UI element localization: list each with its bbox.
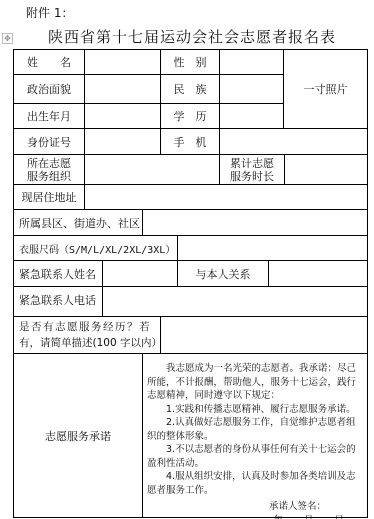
id-label: 身份证号 [13, 128, 85, 155]
education-field[interactable] [219, 103, 284, 129]
hours-label: 累计志愿 服务时长 [219, 154, 285, 185]
experience-label: 是否有志愿服务经历？若 有，请简单描述(100 字以内） [13, 316, 161, 354]
commitment-rule-3: 3.不以志愿者的身份从事任何有关十七运会的盈利性活动。 [147, 443, 364, 470]
commitment-rule-4: 4.服从组织安排，认真及时参加各类培训及志愿者服务工作。 [147, 470, 364, 497]
emergency-name-label: 紧急联系人姓名 [13, 260, 103, 287]
district-label: 所属县区、街道办、社区 [13, 209, 143, 236]
emergency-phone-field[interactable] [102, 286, 368, 317]
size-label: 衣服尺码（S/M/L/XL/2XL/3XL） [13, 235, 178, 261]
ethnicity-label: 民 族 [160, 74, 220, 104]
org-field[interactable] [84, 154, 220, 185]
emergency-name-field[interactable] [102, 260, 178, 287]
gender-label: 性 别 [160, 49, 220, 75]
page-title: 陕西省第十七届运动会社会志愿者报名表 [0, 26, 374, 47]
gender-field[interactable] [219, 49, 284, 75]
address-field[interactable] [84, 184, 368, 210]
relation-label: 与本人关系 [177, 260, 269, 287]
district-field[interactable] [142, 209, 368, 236]
phone-label: 手 机 [160, 128, 220, 155]
commitment-text: 我志愿成为一名光荣的志愿者。我承诺：尽己所能，不计报酬，帮助他人，服务十七运会，… [142, 353, 368, 518]
ethnicity-field[interactable] [219, 74, 284, 104]
size-field[interactable] [177, 235, 368, 261]
hours-label-line2: 服务时长 [230, 170, 274, 183]
commitment-intro: 我志愿成为一名光荣的志愿者。我承诺：尽己所能，不计报酬，帮助他人，服务十七运会，… [147, 362, 364, 403]
experience-label-line1: 是否有志愿服务经历？若 [19, 319, 151, 335]
address-label: 现居住地址 [13, 184, 85, 210]
political-field[interactable] [84, 74, 161, 104]
id-field[interactable] [84, 128, 161, 155]
phone-field[interactable] [219, 128, 368, 155]
date-label: 年 月 日 [147, 514, 364, 519]
political-label: 政治面貌 [13, 74, 85, 104]
education-label: 学 历 [160, 103, 220, 129]
signature-label: 承诺人签名： [147, 500, 364, 514]
birth-label: 出生年月 [13, 103, 85, 129]
name-label: 姓 名 [13, 49, 85, 75]
hours-label-line1: 累计志愿 [230, 157, 274, 170]
commitment-label: 志愿服务承诺 [13, 353, 143, 518]
relation-field[interactable] [268, 260, 368, 287]
commitment-rule-2: 2.认真做好志愿服务工作，自觉维护志愿者组织的整体形象。 [147, 416, 364, 443]
hours-field[interactable] [284, 154, 368, 185]
org-label: 所在志愿 服务组织 [13, 154, 85, 185]
birth-field[interactable] [84, 103, 161, 129]
org-label-line2: 服务组织 [27, 170, 71, 183]
org-label-line1: 所在志愿 [27, 157, 71, 170]
commitment-rule-1: 1.实践和传播志愿精神、履行志愿服务承诺。 [147, 403, 364, 417]
attachment-label: 附件 1： [26, 4, 73, 21]
experience-field[interactable] [160, 316, 368, 354]
experience-label-line2: 有，请简单描述(100 字以内） [19, 335, 160, 351]
emergency-phone-label: 紧急联系人电话 [13, 286, 103, 317]
name-field[interactable] [84, 49, 161, 75]
photo-box[interactable]: 一寸照片 [283, 49, 368, 129]
